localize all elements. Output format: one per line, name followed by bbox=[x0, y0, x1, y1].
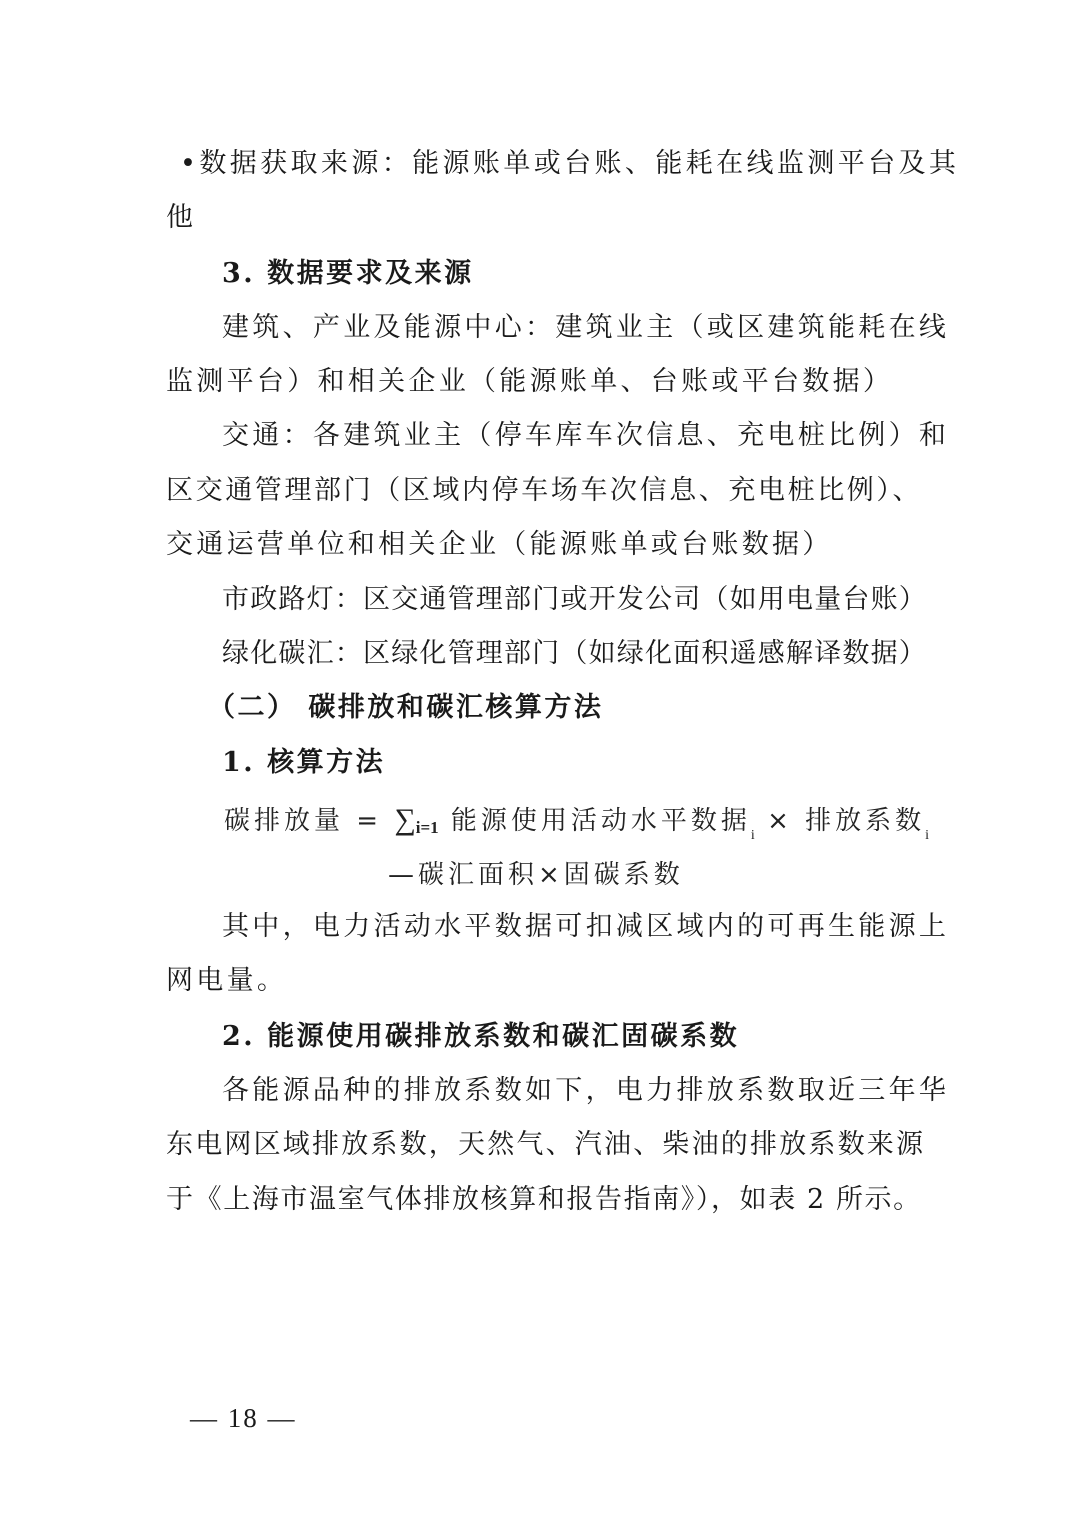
formula-term2: 排放系数 bbox=[805, 806, 925, 836]
sub1-heading: 1. 核算方法 bbox=[222, 746, 385, 780]
sub2-heading: 2. 能源使用碳排放系数和碳汇固碳系数 bbox=[222, 1020, 739, 1054]
para-line3: 于《上海市温室气体排放核算和报告指南》），如表 2 所示。 bbox=[166, 1183, 922, 1217]
page-number: — 18 — bbox=[190, 1403, 297, 1434]
buildings-line1: 建筑、产业及能源中心：建筑业主（或区建筑能耗在线 bbox=[222, 311, 949, 345]
para-line1: 各能源品种的排放系数如下，电力排放系数取近三年华 bbox=[222, 1074, 949, 1108]
bullet-data-source-line1: •数据获取来源：能源账单或台账、能耗在线监测平台及其 bbox=[180, 147, 959, 181]
bullet-data-source-line2: 他 bbox=[166, 201, 196, 235]
street-lights-line: 市政路灯：区交通管理部门或开发公司（如用电量台账） bbox=[222, 583, 927, 617]
sigma-symbol: ∑ bbox=[394, 803, 415, 836]
formula-line1: 碳排放量 = ∑i=1 能源使用活动水平数据i × 排放系数i bbox=[224, 800, 929, 844]
formula-sub-i1: i bbox=[751, 828, 755, 843]
section-3-heading: 3. 数据要求及来源 bbox=[222, 257, 474, 291]
traffic-line1: 交通：各建筑业主（停车库车次信息、充电桩比例）和 bbox=[222, 419, 949, 453]
traffic-line2: 区交通管理部门（区域内停车场车次信息、充电桩比例）、 bbox=[166, 474, 922, 508]
buildings-line2: 监测平台）和相关企业（能源账单、台账或平台数据） bbox=[166, 365, 893, 399]
para-line2: 东电网区域排放系数，天然气、汽油、柴油的排放系数来源 bbox=[166, 1128, 925, 1162]
traffic-line3: 交通运营单位和相关企业（能源账单或台账数据） bbox=[166, 528, 833, 562]
times-symbol: × bbox=[767, 806, 793, 836]
note-line1: 其中，电力活动水平数据可扣减区域内的可再生能源上 bbox=[222, 910, 949, 944]
sigma-subscript: i=1 bbox=[416, 818, 439, 837]
note-line2: 网电量。 bbox=[166, 964, 287, 998]
formula-term1: 能源使用活动水平数据 bbox=[451, 806, 751, 836]
formula-line2: —碳汇面积×固碳系数 bbox=[388, 854, 684, 891]
formula-sub-i2: i bbox=[925, 828, 929, 843]
section-2-heading: （二） 碳排放和碳汇核算方法 bbox=[208, 691, 603, 725]
green-sink-line: 绿化碳汇：区绿化管理部门（如绿化面积遥感解译数据） bbox=[222, 637, 927, 671]
formula-lhs: 碳排放量 = bbox=[224, 806, 382, 836]
